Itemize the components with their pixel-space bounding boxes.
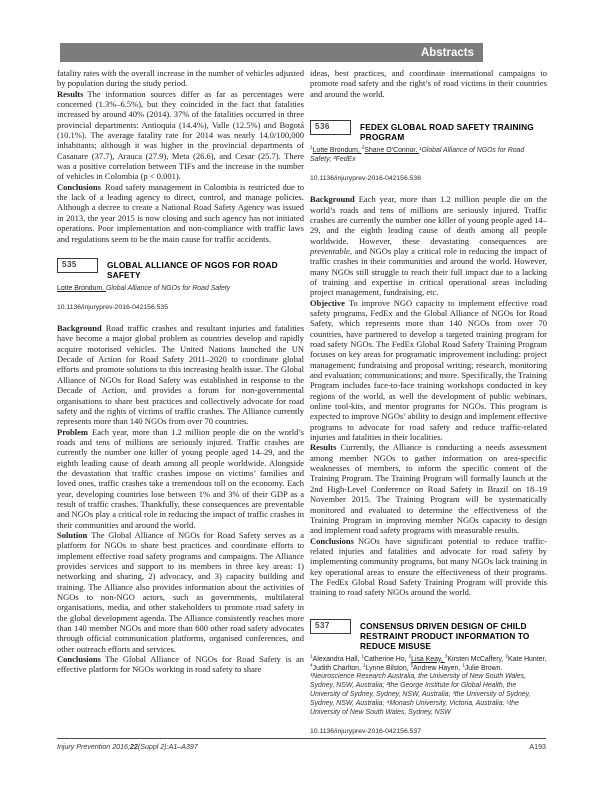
paragraph-text: Currently, the Alliance is conducting a … [310, 442, 547, 535]
left-column: fatality rates with the overall increase… [57, 68, 304, 675]
paragraph-lead: Conclusions [57, 654, 105, 664]
abstract-536-authors: 1Lotte Brondum, 2Shane O’Connor. ¹Global… [310, 147, 547, 165]
journal-abstracts-page: Abstracts fatality rates with the overal… [0, 0, 600, 786]
abstract-537-number-badge: 537 [310, 619, 351, 634]
paragraph-535-solution: SolutionThe Global Alliance of NGOs for … [57, 530, 304, 654]
abstract-535-number-badge: 535 [57, 258, 98, 273]
abstract-536-doi: 10.1136/injuryprev-2016-042156.536 [310, 174, 547, 184]
paragraph-534-results: ResultsThe information sources differ as… [57, 89, 304, 182]
paragraph-535-conclusions: ConclusionsThe Global Alliance of NGOs f… [57, 654, 304, 675]
abstracts-banner-label: Abstracts [421, 47, 474, 59]
abstract-536-title: FEDEX GLOBAL ROAD SAFETY TRAINING PROGRA… [360, 120, 547, 142]
paragraph-lead: Problem [57, 427, 92, 437]
paragraph-text: Road traffic crashes and resultant injur… [57, 323, 304, 426]
abstract-536-header: 536 FEDEX GLOBAL ROAD SAFETY TRAINING PR… [310, 120, 547, 142]
abstract-535-title: GLOBAL ALLIANCE OF NGOS FOR ROAD SAFETY [107, 258, 304, 280]
abstract-535-header: 535 GLOBAL ALLIANCE OF NGOS FOR ROAD SAF… [57, 258, 304, 280]
author-names: Lotte Brondum. [57, 285, 106, 292]
paragraph-536-results: ResultsCurrently, the Alliance is conduc… [310, 442, 547, 535]
author-affiliations: Global Alliance of NGOs for Road Safety [106, 285, 230, 292]
paragraph-text: The Global Alliance of NGOs for Road Saf… [57, 530, 304, 654]
paragraph-lead: Results [57, 89, 87, 99]
right-column: ideas, best practices, and coordinate in… [310, 68, 547, 747]
paragraph-text: fatality rates with the overall increase… [57, 68, 304, 88]
paragraph-text: To improve NGO capacity to implement eff… [310, 298, 547, 442]
abstracts-banner: Abstracts [60, 43, 483, 62]
paragraph-text: The information sources differ as far as… [57, 89, 304, 182]
paragraph-536-objective: ObjectiveTo improve NGO capacity to impl… [310, 298, 547, 443]
paragraph-text: Each year, more than 1.2 million people … [57, 427, 304, 530]
paragraph-535-conclusions-continuation: ideas, best practices, and coordinate in… [310, 68, 547, 99]
author-affiliations: ¹Neuroscience Research Australia, the Un… [310, 673, 530, 716]
footer-volume: 22 [130, 743, 138, 751]
footer-citation-pages: (Suppl 2):A1–A397 [138, 743, 198, 751]
paragraph-emphasis: preventable [310, 246, 350, 256]
paragraph-lead: Background [310, 194, 359, 204]
footer-page-number: A193 [529, 743, 546, 751]
paragraph-lead: Solution [57, 530, 91, 540]
abstract-535-authors: Lotte Brondum. Global Alliance of NGOs f… [57, 285, 304, 294]
author-names: 1Lotte Brondum, 2Shane O’Connor. [310, 147, 419, 154]
abstract-537-header: 537 CONSENSUS DRIVEN DESIGN OF CHILD RES… [310, 619, 547, 651]
footer-citation-year: 2016; [110, 743, 130, 751]
paragraph-lead: Conclusions [57, 182, 105, 192]
footer-journal-name: Injury Prevention [57, 743, 110, 751]
abstract-537-authors: 1Alexandra Hall, 1Catherine Ho, 2Lisa Ke… [310, 656, 547, 718]
paragraph-text: ideas, best practices, and coordinate in… [310, 68, 547, 99]
paragraph-535-problem: ProblemEach year, more than 1.2 million … [57, 427, 304, 530]
author-names: 1Alexandra Hall, 1Catherine Ho, 2Lisa Ke… [310, 656, 546, 672]
abstract-537-title: CONSENSUS DRIVEN DESIGN OF CHILD RESTRAI… [360, 619, 547, 651]
paragraph-lead: Background [57, 323, 106, 333]
paragraph-534-continuation: fatality rates with the overall increase… [57, 68, 304, 89]
page-footer: Injury Prevention 2016;22(Suppl 2):A1–A3… [57, 743, 546, 751]
paragraph-535-background: BackgroundRoad traffic crashes and resul… [57, 323, 304, 426]
abstract-536-number-badge: 536 [310, 120, 351, 135]
paragraph-lead: Objective [310, 298, 349, 308]
paragraph-534-conclusions: ConclusionsRoad safety management in Col… [57, 182, 304, 244]
abstract-535-doi: 10.1136/injuryprev-2016-042156.535 [57, 303, 304, 313]
paragraph-536-background: BackgroundEach year, more than 1.2 milli… [310, 194, 547, 297]
abstract-537-doi: 10.1136/injuryprev-2016-042156.537 [310, 727, 547, 737]
footer-rule [57, 738, 546, 739]
paragraph-536-conclusions: ConclusionsNGOs have significant potenti… [310, 536, 547, 598]
footer-citation: Injury Prevention 2016;22(Suppl 2):A1–A3… [57, 743, 198, 751]
paragraph-lead: Conclusions [310, 536, 358, 546]
paragraph-lead: Results [310, 442, 340, 452]
